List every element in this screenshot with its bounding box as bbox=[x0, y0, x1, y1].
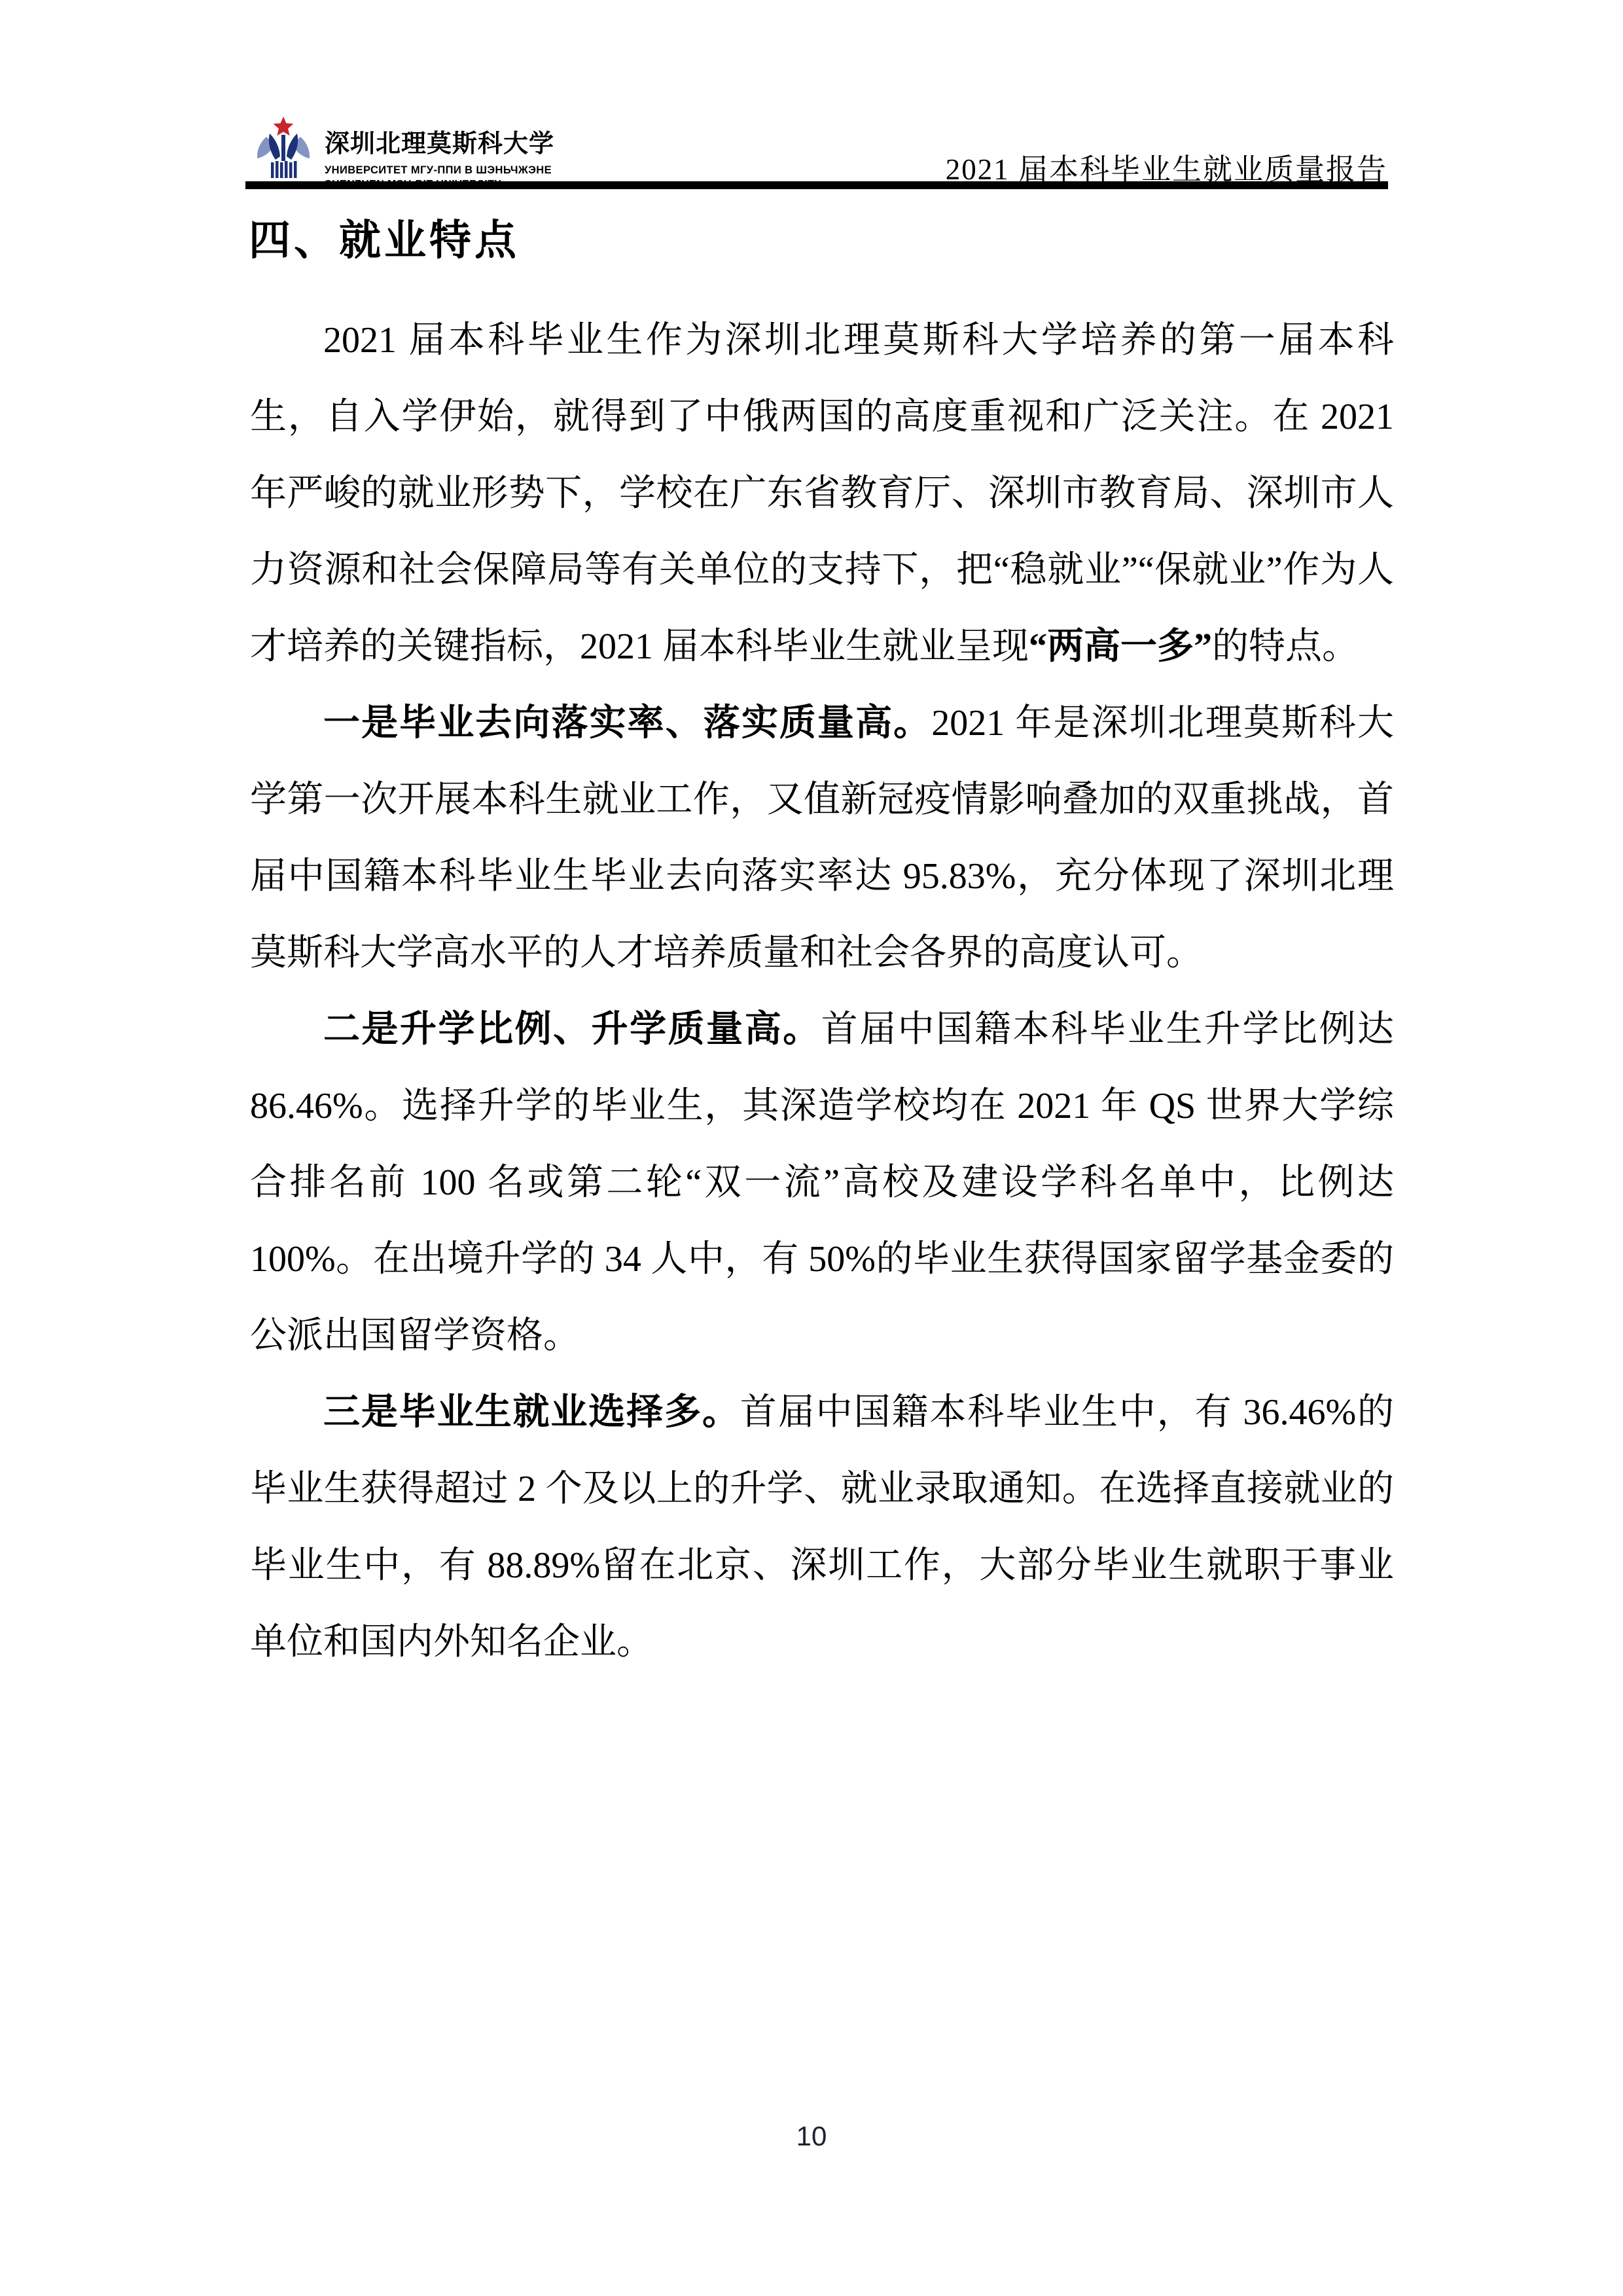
point-1-lead: 一是毕业去向落实率、落实质量高。 bbox=[323, 703, 931, 744]
logo-cn-name: 深圳北理莫斯科大学 bbox=[325, 123, 554, 159]
intro-text: 2021 届本科毕业生作为深圳北理莫斯科大学培养的第一届本科生，自入学伊始，就得… bbox=[250, 320, 1394, 667]
logo-ru-name: УНИВЕРСИТЕТ МГУ-ППИ В ШЭНЬЧЖЭНЕ bbox=[325, 164, 554, 177]
intro-highlight: “两高一多” bbox=[1029, 626, 1212, 667]
intro-tail: 的特点。 bbox=[1212, 626, 1359, 667]
section-title: 四、就业特点 bbox=[249, 207, 520, 267]
paragraph-intro: 2021 届本科毕业生作为深圳北理莫斯科大学培养的第一届本科生，自入学伊始，就得… bbox=[250, 302, 1394, 685]
university-logo: 深圳北理莫斯科大学 УНИВЕРСИТЕТ МГУ-ППИ В ШЭНЬЧЖЭН… bbox=[253, 115, 554, 190]
center-pole-shape bbox=[281, 135, 285, 161]
point-2-lead: 二是升学比例、升学质量高。 bbox=[323, 1009, 821, 1050]
paragraph-point-1: 一是毕业去向落实率、落实质量高。2021 年是深圳北理莫斯科大学第一次开展本科生… bbox=[250, 685, 1394, 992]
left-petal-shape bbox=[269, 134, 280, 160]
base-bars-shape bbox=[271, 161, 297, 178]
point-2-body: 首届中国籍本科毕业生升学比例达 86.46%。选择升学的毕业生，其深造学校均在 … bbox=[250, 1009, 1394, 1356]
university-emblem-icon bbox=[253, 115, 314, 179]
header-rule bbox=[245, 181, 1388, 189]
logo-text-block: 深圳北理莫斯科大学 УНИВЕРСИТЕТ МГУ-ППИ В ШЭНЬЧЖЭН… bbox=[325, 115, 554, 190]
point-3-lead: 三是毕业生就业选择多。 bbox=[323, 1392, 740, 1433]
star-icon bbox=[274, 117, 294, 135]
paragraph-point-2: 二是升学比例、升学质量高。首届中国籍本科毕业生升学比例达 86.46%。选择升学… bbox=[250, 992, 1394, 1374]
report-page: 深圳北理莫斯科大学 УНИВЕРСИТЕТ МГУ-ППИ В ШЭНЬЧЖЭН… bbox=[0, 0, 1623, 2296]
content-body: 2021 届本科毕业生作为深圳北理莫斯科大学培养的第一届本科生，自入学伊始，就得… bbox=[250, 302, 1394, 1681]
right-petal-shape bbox=[287, 134, 298, 160]
paragraph-point-3: 三是毕业生就业选择多。首届中国籍本科毕业生中，有 36.46%的毕业生获得超过 … bbox=[250, 1374, 1394, 1681]
page-number: 10 bbox=[0, 2121, 1623, 2152]
